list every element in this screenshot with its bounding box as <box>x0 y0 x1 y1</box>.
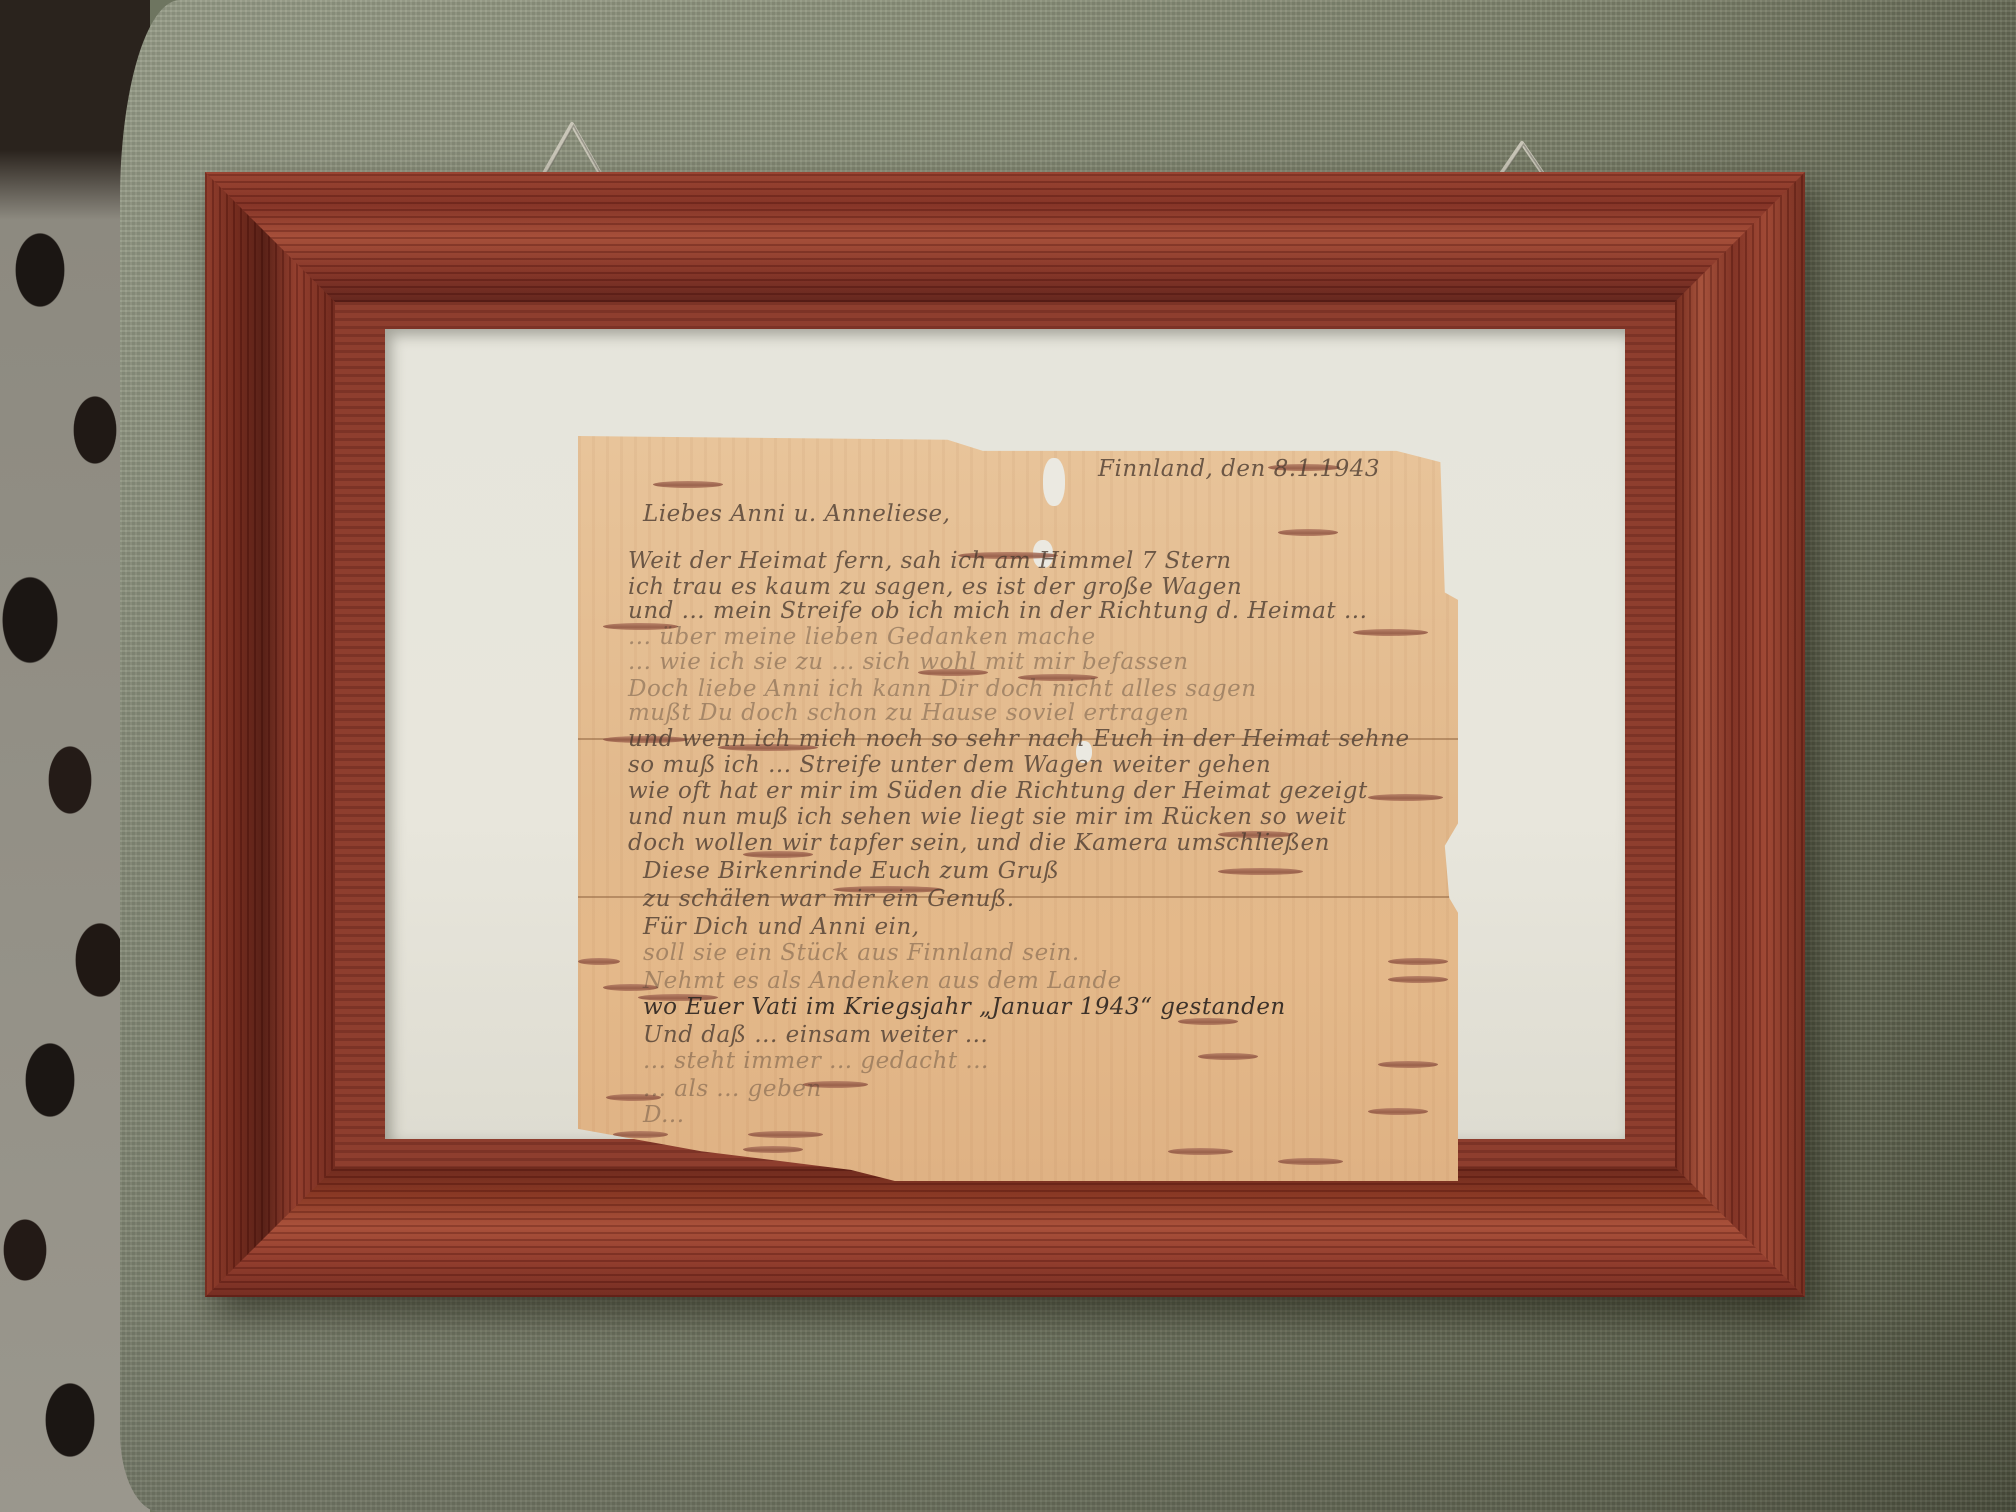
frame-left-rail <box>205 172 335 1297</box>
letter-line: Doch liebe Anni ich kann Dir doch nicht … <box>628 676 1257 702</box>
letter-line: ... wie ich sie zu ... sich wohl mit mir… <box>628 649 1189 675</box>
letter-line: so muß ich ... Streife unter dem Wagen w… <box>628 752 1271 778</box>
frame-top-rail <box>205 172 1805 302</box>
letter-line: ... über meine lieben Gedanken mache <box>628 624 1096 650</box>
letter-line: Nehmt es als Andenken aus dem Lande <box>643 968 1122 994</box>
birch-bark-letter: Finnland, den 8.1.1943 Liebes Anni u. An… <box>578 436 1458 1181</box>
letter-line: Und daß ... einsam weiter ... <box>643 1022 988 1048</box>
letter-line: ich trau es kaum zu sagen, es ist der gr… <box>628 574 1242 600</box>
letter-line: Diese Birkenrinde Euch zum Gruß <box>643 858 1059 884</box>
letter-line: doch wollen wir tapfer sein, und die Kam… <box>628 830 1330 856</box>
letter-line: mußt Du doch schon zu Hause soviel ertra… <box>628 700 1189 726</box>
letter-line: wo Euer Vati im Kriegsjahr „Januar 1943“… <box>643 994 1286 1020</box>
frame-right-rail <box>1675 172 1805 1297</box>
letter-line: D... <box>643 1102 685 1128</box>
letter-line: ... steht immer ... gedacht ... <box>643 1048 989 1074</box>
letter-line: und ... mein Streife ob ich mich in der … <box>628 598 1367 624</box>
letter-salutation: Liebes Anni u. Anneliese, <box>643 501 950 527</box>
letter-line: wie oft hat er mir im Süden die Richtung… <box>628 778 1368 804</box>
frame-bottom-rail <box>205 1167 1805 1297</box>
letter-line: und nun muß ich sehen wie liegt sie mir … <box>628 804 1347 830</box>
letter-line: ... als ... geben <box>643 1076 822 1102</box>
letter-dateline: Finnland, den 8.1.1943 <box>1098 456 1380 482</box>
handwritten-text: Finnland, den 8.1.1943 Liebes Anni u. An… <box>578 436 1458 1181</box>
letter-line: Weit der Heimat fern, sah ich am Himmel … <box>628 548 1232 574</box>
letter-line: zu schälen war mir ein Genuß. <box>643 886 1015 912</box>
letter-line: Für Dich und Anni ein, <box>643 914 920 940</box>
letter-line: und wenn ich mich noch so sehr nach Euch… <box>628 726 1410 752</box>
letter-line: soll sie ein Stück aus Finnland sein. <box>643 940 1080 966</box>
